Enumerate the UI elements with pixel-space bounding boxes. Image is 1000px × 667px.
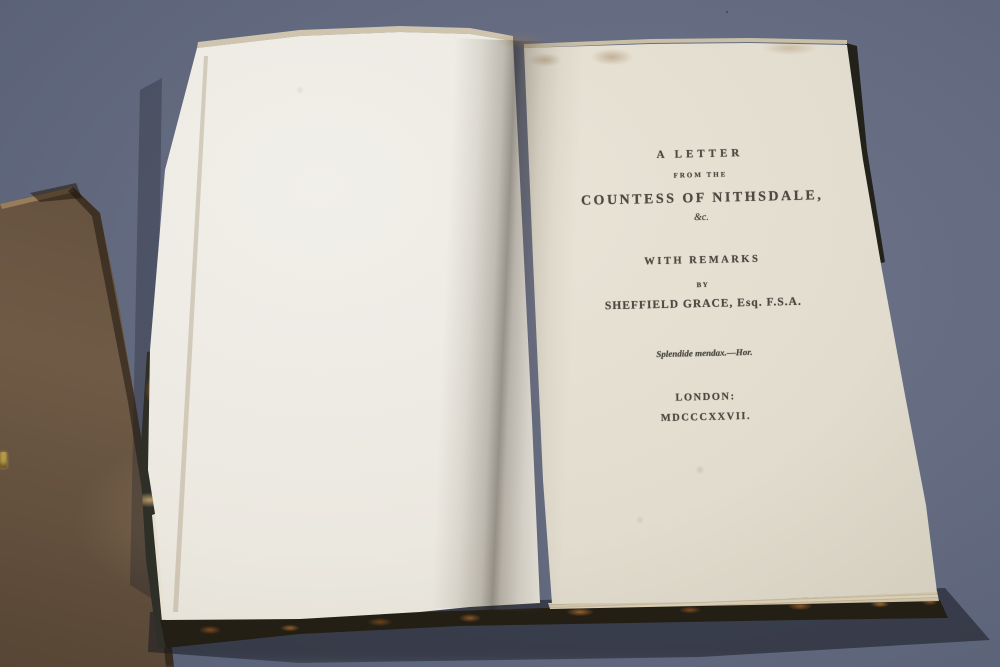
photo-scene: A LETTER FROM THE COUNTESS OF NITHSDALE,… bbox=[0, 0, 1000, 667]
paper-foxing-marks bbox=[0, 0, 1000, 667]
